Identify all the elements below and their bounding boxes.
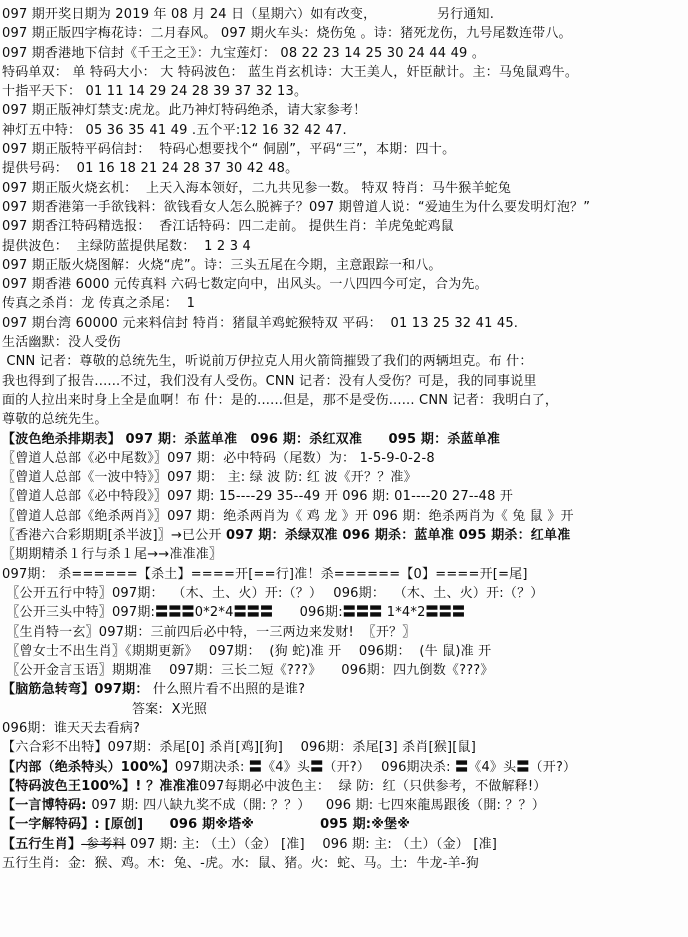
text-line: 097 期台湾 60000 元来料信封 特肖：猪鼠羊鸡蛇猴特双 平码： 01 1…: [2, 314, 686, 333]
line-text: 097 期正版神灯禁支:虎龙。此乃神灯特码绝杀，请大家参考！: [2, 103, 366, 118]
line-text: 〓: [516, 760, 529, 775]
text-line: 097 期开奖日期为 2019 年 08 月 24 日（星期六）如有改变， 另行…: [2, 5, 686, 24]
text-line: 097 期香港第一手欲钱料：欲钱看女人怎么脱裤子？097 期曾道人说：“爱迪生为…: [2, 198, 686, 217]
text-line: 〖公开金言玉语〗期期准 097期：三长二短《???》 096期：四九倒数《???…: [2, 661, 686, 680]
text-line: 【特码波色王100%】! ？准准准097每期必中波色主： 绿 防: 红（只供参考…: [2, 777, 686, 796]
line-text: 1*4*2: [382, 605, 425, 620]
line-text: 提供波色： 主绿防蓝提供尾数： 1 2 3 4: [2, 239, 251, 254]
line-text: 【五行生肖】: [2, 837, 81, 852]
line-text: 【内部（绝杀特头）100%】: [2, 760, 175, 775]
text-line: 传真之杀肖：龙 传真之杀尾： 1: [2, 294, 686, 313]
line-text: 尊敬的总统先生。: [2, 412, 108, 427]
text-line: 【波色绝杀排期表】 097 期：杀蓝单准 096 期：杀红双准 095 期：杀蓝…: [2, 430, 686, 449]
line-text: 097期： 杀======【杀土】====开[==行]准！杀======【0】=…: [2, 567, 528, 582]
line-text: 《4》头: [262, 760, 310, 775]
line-text: 〖公开金言玉语〗期期准 097期：三长二短《???》 096期：四九倒数《???…: [2, 663, 494, 678]
text-line: 097 期正版火烧玄机： 上天入海本领好，二九共见参一数。 特双 特肖：马牛猴羊…: [2, 179, 686, 198]
line-text: 【脑筋急转弯】097期：: [2, 682, 149, 697]
text-line: 097 期香江特码精选报： 香江话特码：四二走前。 提供生肖：羊虎兔蛇鸡鼠: [2, 217, 686, 236]
line-text: 特码单双： 单 特码大小： 大 特码波色： 蓝生肖玄机诗：大王美人，奸臣献计。主…: [2, 65, 578, 80]
line-text: 097每期必中波色主： 绿 防: 红（只供参考，不做解释!）: [199, 779, 546, 794]
line-text: 097 期香港第一手欲钱料：欲钱看女人怎么脱裤子？097 期曾道人说：“爱迪生为…: [2, 200, 590, 215]
text-line: 097 期香港地下信封《千王之王》：九宝莲灯： 08 22 23 14 25 3…: [2, 44, 686, 63]
line-text: 〖曾道人总部《一波中特》〗097 期： 主: 绿 波 防: 红 波《开？？准》: [2, 470, 417, 485]
text-line: 提供波色： 主绿防蓝提供尾数： 1 2 3 4: [2, 237, 686, 256]
text-line: 【一言博特码: 097 期: 四八缺九奖不成（開: ？？） 096 期: 七四來…: [2, 796, 686, 815]
line-text: 五行生肖: 金: 猴、鸡。木: 兔、-虎。水: 鼠、猪。火: 蛇、马。土: 牛龙…: [2, 856, 479, 871]
text-line: 097 期正版火烧图解：火烧“虎”。诗：三头五尾在今期，主意跟踪一和八。: [2, 256, 686, 275]
line-text: 〓: [249, 760, 262, 775]
text-line: 〖曾道人总部《一波中特》〗097 期： 主: 绿 波 防: 红 波《开？？准》: [2, 468, 686, 487]
line-text: 〖公开三头中特〗097期:: [2, 605, 155, 620]
line-text: 〓〓〓: [426, 605, 466, 620]
line-text: 答案: X光照: [2, 702, 207, 717]
line-text: 097 期正版火烧图解：火烧“虎”。诗：三头五尾在今期，主意跟踪一和八。: [2, 258, 442, 273]
line-text: 【一言博特码:: [2, 798, 91, 813]
document-page: 097 期开奖日期为 2019 年 08 月 24 日（星期六）如有改变， 另行…: [0, 0, 688, 937]
text-line: 提供号码： 01 16 18 21 24 28 37 30 42 48。: [2, 159, 686, 178]
line-text: 〖曾女士不出生肖〗《期期更新》 097期： (狗 蛇)准 开 096期： (牛 …: [2, 644, 491, 659]
line-text: 《4》头: [468, 760, 516, 775]
text-line: 【六合彩不出特】097期：杀尾[0] 杀肖[鸡][狗] 096期：杀尾[3] 杀…: [2, 738, 686, 757]
line-text: CNN 记者：尊敬的总统先生，听说前万伊拉克人用火箭筒摧毁了我们的两辆坦克。布 …: [2, 354, 533, 369]
text-line: 〖公开三头中特〗097期:〓〓〓0*2*4〓〓〓 096期:〓〓〓 1*4*2〓…: [2, 603, 686, 622]
line-text: 〖香港六合彩期期[杀半波]〗→已公开: [2, 528, 226, 543]
document-body: 097 期开奖日期为 2019 年 08 月 24 日（星期六）如有改变， 另行…: [2, 5, 686, 873]
text-line: 答案: X光照: [2, 700, 686, 719]
line-text: 〖生肖特一玄〗097期：三前四后必中特，一三两边来发财! 〖开？〗: [2, 625, 415, 640]
text-line: 〖生肖特一玄〗097期：三前四后必中特，一三两边来发财! 〖开？〗: [2, 623, 686, 642]
line-text: 097 期正版特平码信封： 特码心想要找个“ 侗剧”，平码“三”，本期：四十。: [2, 142, 455, 157]
text-line: CNN 记者：尊敬的总统先生，听说前万伊拉克人用火箭筒摧毁了我们的两辆坦克。布 …: [2, 352, 686, 371]
line-text: （开?）: [530, 760, 577, 775]
line-text: 097 期正版四字梅花诗：二月春风。 097 期火车头：烧伤兔 。诗：猪死龙伤，…: [2, 26, 572, 41]
line-text: 097 期开奖日期为 2019 年 08 月 24 日（星期六）如有改变， 另行…: [2, 7, 494, 22]
text-line: 〖曾女士不出生肖〗《期期更新》 097期： (狗 蛇)准 开 096期： (牛 …: [2, 642, 686, 661]
text-line: 【一字解特码】: [原创] 096 期※塔※ 095 期:※堡※: [2, 815, 686, 834]
text-line: 【内部（绝杀特头）100%】097期决杀: 〓《4》头〓（开?） 096期决杀:…: [2, 758, 686, 777]
line-text: 097 期香江特码精选报： 香江话特码：四二走前。 提供生肖：羊虎兔蛇鸡鼠: [2, 219, 454, 234]
line-text: 生活幽默：没人受伤: [2, 335, 121, 350]
line-text: 0*2*4: [195, 605, 234, 620]
text-line: 【五行生肖】-参考料 097 期: 主: （土）（金） [准] 096 期: 主…: [2, 835, 686, 854]
text-line: 097 期正版四字梅花诗：二月春风。 097 期火车头：烧伤兔 。诗：猪死龙伤，…: [2, 24, 686, 43]
line-text: 097 期台湾 60000 元来料信封 特肖：猪鼠羊鸡蛇猴特双 平码： 01 1…: [2, 316, 518, 331]
line-text: 我也得到了报告......不过，我们没有人受伤。CNN 记者：没有人受伤？可是，…: [2, 374, 537, 389]
text-line: 〖曾道人总部《必中特段》〗097 期: 15----29 35--49 开 09…: [2, 487, 686, 506]
text-line: 生活幽默：没人受伤: [2, 333, 686, 352]
line-text: 097 期: 主: （土）（金） [准] 096 期: 主: （土）（金） [准…: [126, 837, 497, 852]
text-line: 097期： 杀======【杀土】====开[==行]准！杀======【0】=…: [2, 565, 686, 584]
text-line: 十指平天下： 01 11 14 29 24 28 39 37 32 13。: [2, 82, 686, 101]
line-text: 〖期期精杀１行与杀１尾→→准准准〗: [2, 547, 222, 562]
line-text: 〓〓〓: [343, 605, 383, 620]
line-text: 096期:: [273, 605, 343, 620]
text-line: 〖曾道人总部《必中尾数》〗097 期：必中特码（尾数）为： 1-5-9-0-2-…: [2, 449, 686, 468]
line-text: 097 期香港地下信封《千王之王》：九宝莲灯： 08 22 23 14 25 3…: [2, 46, 485, 61]
line-text: 提供号码： 01 16 18 21 24 28 37 30 42 48。: [2, 161, 298, 176]
line-text: 传真之杀肖：龙 传真之杀尾： 1: [2, 296, 195, 311]
text-line: 尊敬的总统先生。: [2, 410, 686, 429]
text-line: 【脑筋急转弯】097期： 什么照片看不出照的是谁?: [2, 680, 686, 699]
text-line: 面的人拉出来时身上全是血啊！布 什：是的......但是，那不是受伤......…: [2, 391, 686, 410]
line-text: 097 期: 四八缺九奖不成（開: ？？） 096 期: 七四來龍馬跟後（開: …: [91, 798, 545, 813]
text-line: 五行生肖: 金: 猴、鸡。木: 兔、-虎。水: 鼠、猪。火: 蛇、马。土: 牛龙…: [2, 854, 686, 873]
line-text: 【六合彩不出特】097期：杀尾[0] 杀肖[鸡][狗] 096期：杀尾[3] 杀…: [2, 740, 476, 755]
line-text: 〖曾道人总部《绝杀两肖》〗097 期：绝杀两肖为《 鸡 龙 》开 096 期：绝…: [2, 509, 574, 524]
text-line: 〖香港六合彩期期[杀半波]〗→已公开 097 期：杀绿双准 096 期杀：蓝单准…: [2, 526, 686, 545]
line-text: 〓: [455, 760, 468, 775]
text-line: 〖曾道人总部《绝杀两肖》〗097 期：绝杀两肖为《 鸡 龙 》开 096 期：绝…: [2, 507, 686, 526]
line-text: 【一字解特码】: [原创] 096 期※塔※ 095 期:※堡※: [2, 817, 410, 832]
line-text: 097 期正版火烧玄机： 上天入海本领好，二九共见参一数。 特双 特肖：马牛猴羊…: [2, 181, 511, 196]
line-text: 096期：谁天天去看病?: [2, 721, 140, 736]
line-text: 〓〓〓: [155, 605, 195, 620]
line-text: （开?） 096期决杀:: [323, 760, 455, 775]
line-text: 什么照片看不出照的是谁?: [149, 682, 306, 697]
text-line: 神灯五中特： 05 36 35 41 49 .五个平:12 16 32 42 4…: [2, 121, 686, 140]
line-text: -参考料: [81, 837, 126, 852]
line-text: 〖公开五行中特〗097期： （木、土、火）开:（？） 096期： （木、土、火）…: [2, 586, 544, 601]
line-text: 【特码波色王100%】! ？准准准: [2, 779, 199, 794]
line-text: 〖曾道人总部《必中尾数》〗097 期：必中特码（尾数）为： 1-5-9-0-2-…: [2, 451, 435, 466]
text-line: 特码单双： 单 特码大小： 大 特码波色： 蓝生肖玄机诗：大王美人，奸臣献计。主…: [2, 63, 686, 82]
text-line: 096期：谁天天去看病?: [2, 719, 686, 738]
text-line: 我也得到了报告......不过，我们没有人受伤。CNN 记者：没有人受伤？可是，…: [2, 372, 686, 391]
line-text: 097 期香港 6000 元传真料 六码七数定向中，出风头。一八四四今可定，合为…: [2, 277, 488, 292]
line-text: 〓: [310, 760, 323, 775]
line-text: 面的人拉出来时身上全是血啊！布 什：是的......但是，那不是受伤......…: [2, 393, 558, 408]
line-text: 十指平天下： 01 11 14 29 24 28 39 37 32 13。: [2, 84, 307, 99]
line-text: 〓〓〓: [234, 605, 274, 620]
line-text: 神灯五中特： 05 36 35 41 49 .五个平:12 16 32 42 4…: [2, 123, 347, 138]
line-text: 【波色绝杀排期表】 097 期：杀蓝单准 096 期：杀红双准 095 期：杀蓝…: [2, 432, 500, 447]
line-text: 097 期：杀绿双准 096 期杀：蓝单准 095 期杀：红单准: [226, 528, 570, 543]
text-line: 097 期香港 6000 元传真料 六码七数定向中，出风头。一八四四今可定，合为…: [2, 275, 686, 294]
text-line: 097 期正版特平码信封： 特码心想要找个“ 侗剧”，平码“三”，本期：四十。: [2, 140, 686, 159]
line-text: 〖曾道人总部《必中特段》〗097 期: 15----29 35--49 开 09…: [2, 489, 513, 504]
text-line: 〖公开五行中特〗097期： （木、土、火）开:（？） 096期： （木、土、火）…: [2, 584, 686, 603]
line-text: 097期决杀:: [175, 760, 249, 775]
text-line: 097 期正版神灯禁支:虎龙。此乃神灯特码绝杀，请大家参考！: [2, 101, 686, 120]
text-line: 〖期期精杀１行与杀１尾→→准准准〗: [2, 545, 686, 564]
